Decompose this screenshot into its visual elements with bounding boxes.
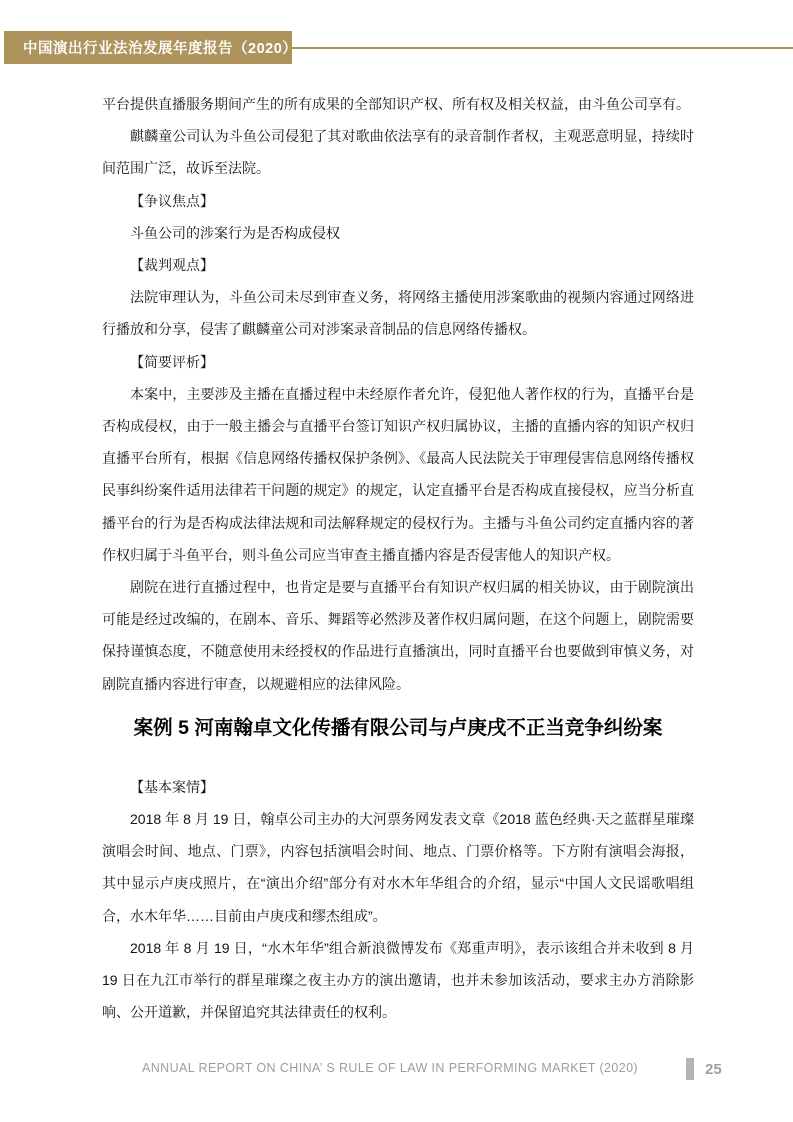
document-page: 中国演出行业法治发展年度报告（2020） 平台提供直播服务期间产生的所有成果的全… bbox=[0, 0, 793, 1122]
section-label: 【裁判观点】 bbox=[102, 249, 694, 281]
paragraph: 斗鱼公司的涉案行为是否构成侵权 bbox=[102, 217, 694, 249]
footer-running-title: ANNUAL REPORT ON CHINA’ S RULE OF LAW IN… bbox=[0, 1061, 780, 1075]
paragraph: 2018 年 8 月 19 日，“水木年华”组合新浪微博发布《郑重声明》，表示该… bbox=[102, 932, 694, 1029]
section-label: 【争议焦点】 bbox=[102, 185, 694, 217]
body-text: 平台提供直播服务期间产生的所有成果的全部知识产权、所有权及相关权益，由斗鱼公司享… bbox=[102, 88, 694, 1028]
case-title: 案例 5 河南翰卓文化传播有限公司与卢庚戌不正当竞争纠纷案 bbox=[102, 715, 694, 742]
paragraph: 法院审理认为，斗鱼公司未尽到审查义务，将网络主播使用涉案歌曲的视频内容通过网络进… bbox=[102, 281, 694, 345]
paragraph: 平台提供直播服务期间产生的所有成果的全部知识产权、所有权及相关权益，由斗鱼公司享… bbox=[102, 88, 694, 120]
section-label: 【基本案情】 bbox=[102, 771, 694, 803]
paragraph: 本案中，主要涉及主播在直播过程中未经原作者允许，侵犯他人著作权的行为，直播平台是… bbox=[102, 378, 694, 571]
paragraph: 2018 年 8 月 19 日，翰卓公司主办的大河票务网发表文章《2018 蓝色… bbox=[102, 803, 694, 932]
header-banner-title: 中国演出行业法治发展年度报告（2020） bbox=[23, 37, 297, 58]
header-rule-line bbox=[292, 47, 793, 49]
footer-page-bar bbox=[686, 1058, 694, 1080]
paragraph: 剧院在进行直播过程中，也肯定是要与直播平台有知识产权归属的相关协议，由于剧院演出… bbox=[102, 571, 694, 700]
header-banner: 中国演出行业法治发展年度报告（2020） bbox=[4, 31, 292, 64]
section-label: 【简要评析】 bbox=[102, 346, 694, 378]
footer-page-number: 25 bbox=[705, 1061, 722, 1078]
paragraph: 麒麟童公司认为斗鱼公司侵犯了其对歌曲依法享有的录音制作者权，主观恶意明显，持续时… bbox=[102, 120, 694, 184]
